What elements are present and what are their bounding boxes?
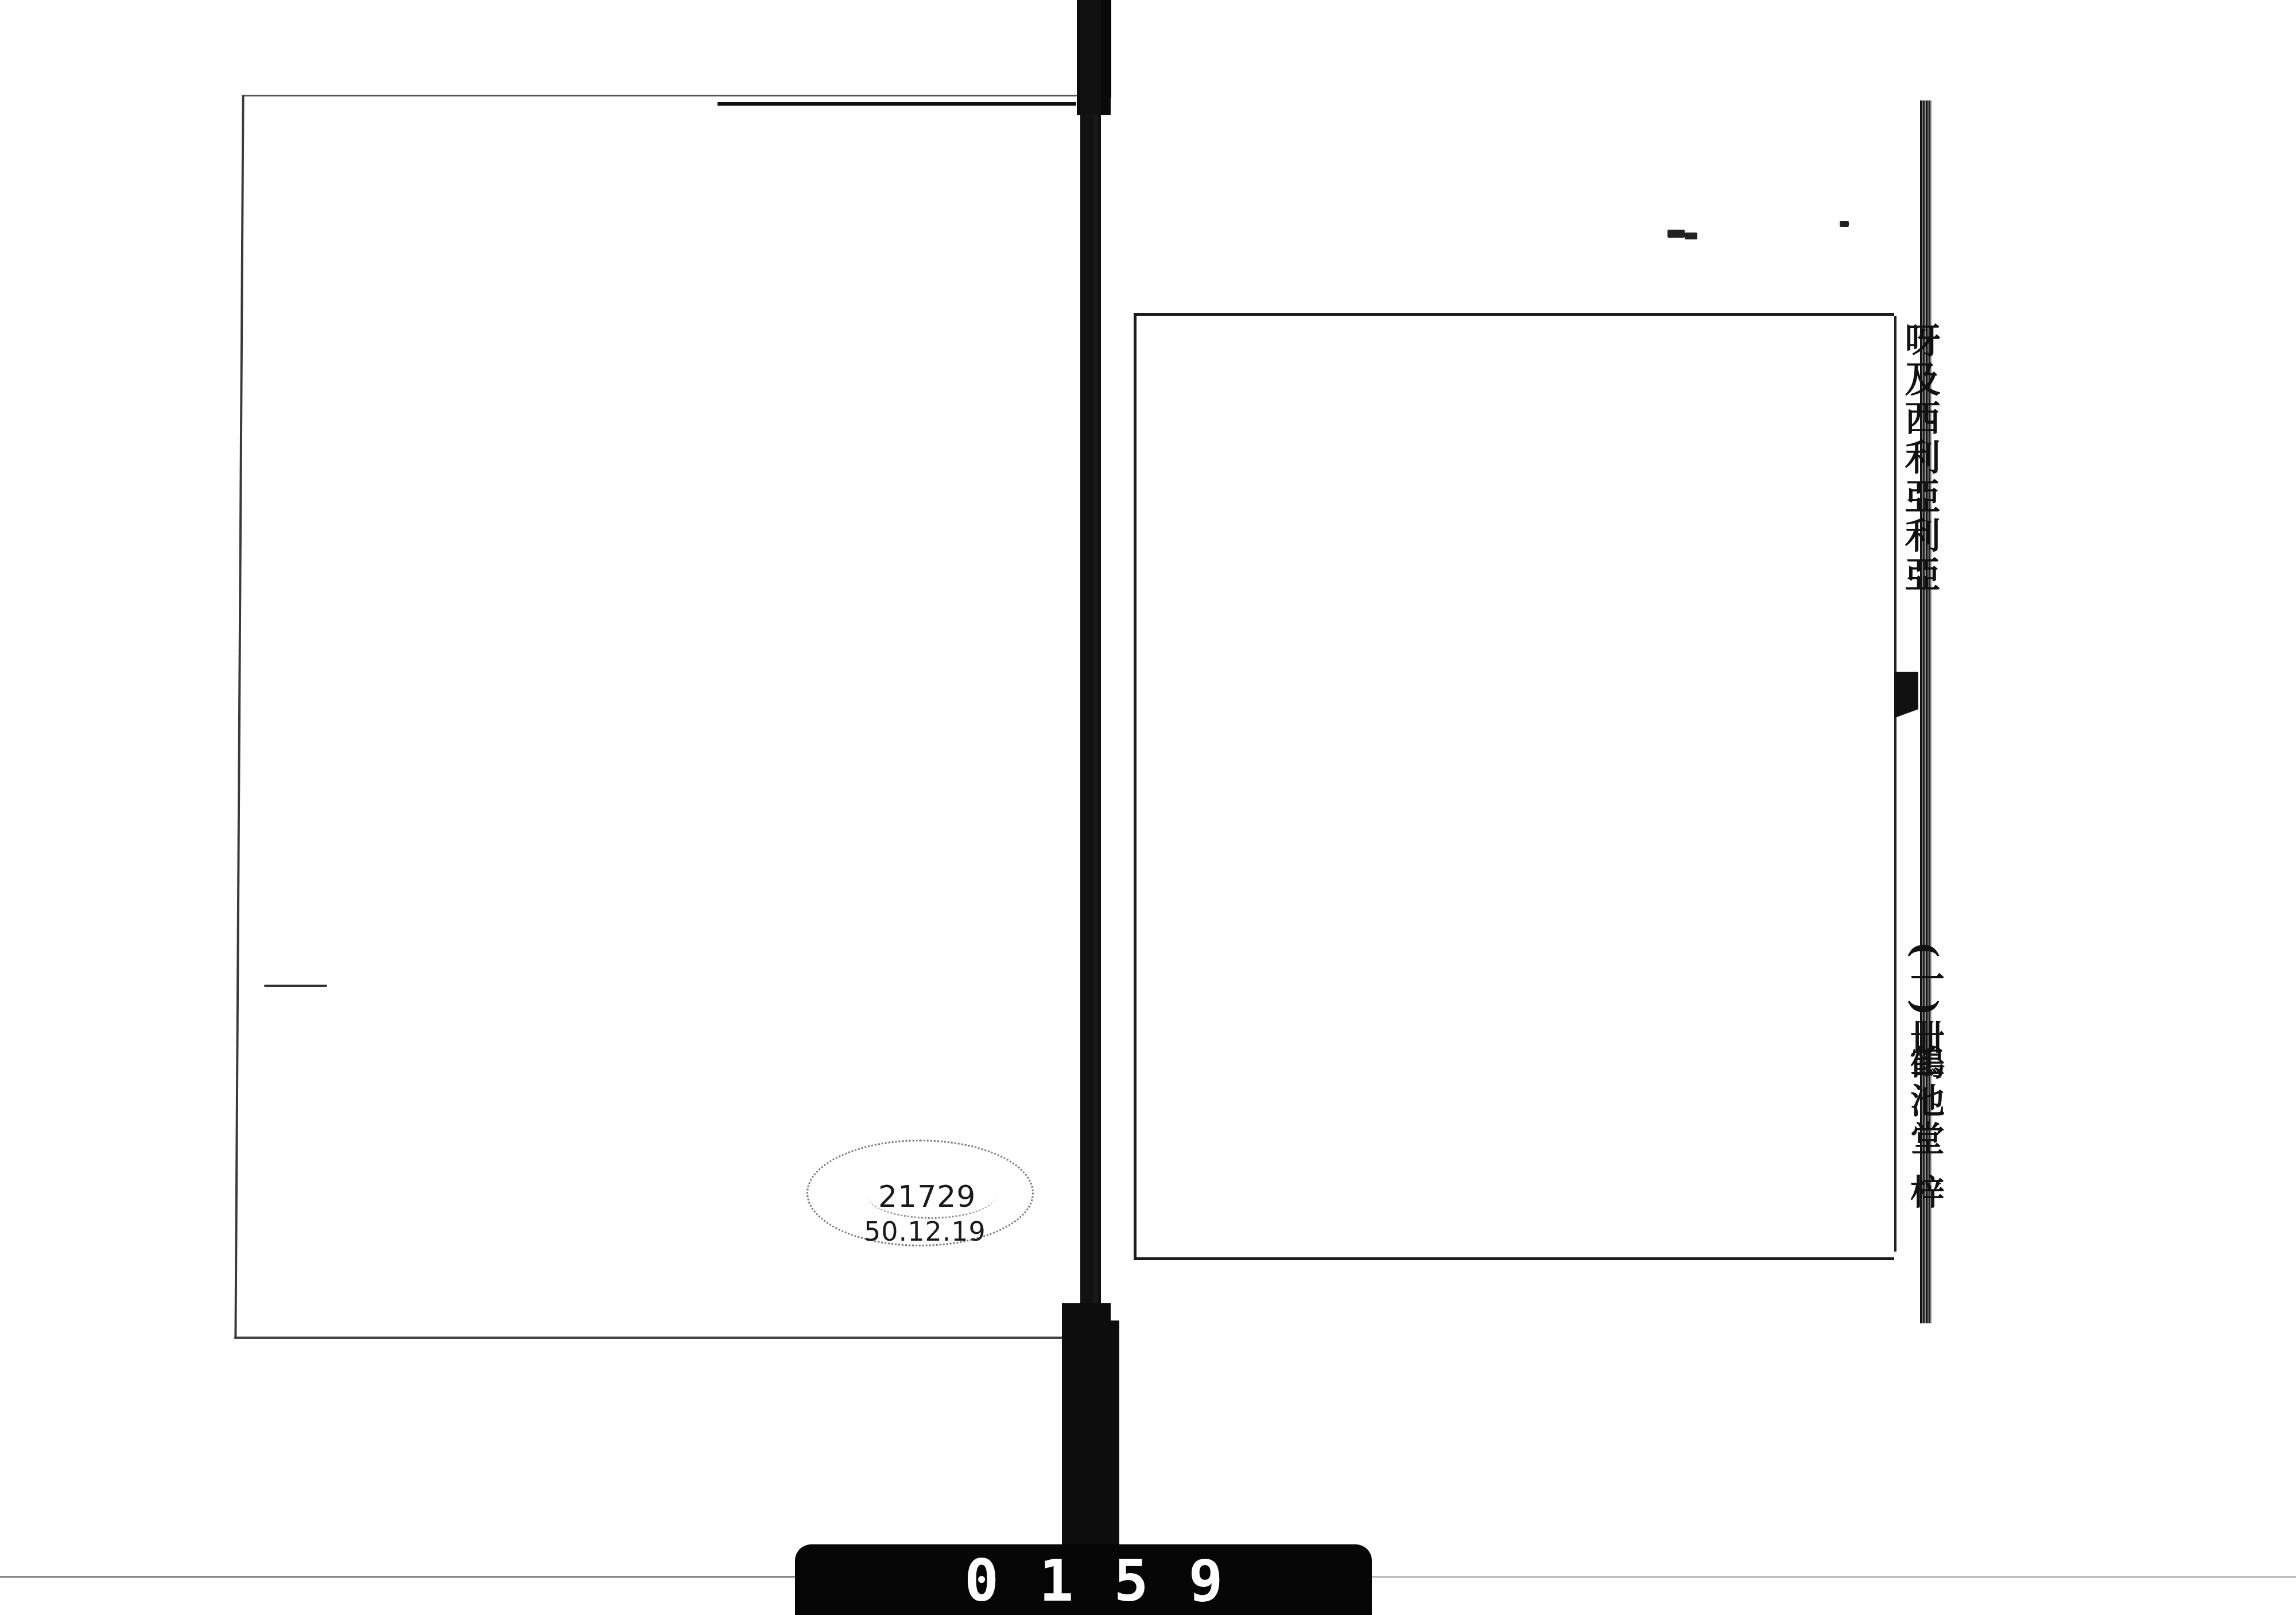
binding-weight [1062,1303,1119,1544]
scan-border-line [1372,1576,2296,1578]
left-page-top-edge [717,102,1076,106]
scan-border-line [0,1576,795,1578]
frame-number: 0159 [964,1547,1263,1614]
spine-gutter [1093,115,1098,1320]
scanned-book-spread: 呀及西利亞利亞 (一)卌一 鶴池堂 梓 21729 50.12.19 0159 [0,0,2296,1615]
scan-speck [1685,233,1697,239]
scan-speck [1667,230,1685,238]
scan-speck [1840,221,1849,227]
side-title: 呀及西利亞利亞 [1894,322,1945,595]
stamp-date: 50.12.19 [864,1216,986,1247]
publisher-label: 鶴池堂 梓 [1900,1045,1949,1212]
accession-number: 21729 [878,1180,976,1214]
page-border-frame [1134,313,1894,1260]
title-band-mark [1894,672,1918,746]
scan-mark [264,985,327,987]
